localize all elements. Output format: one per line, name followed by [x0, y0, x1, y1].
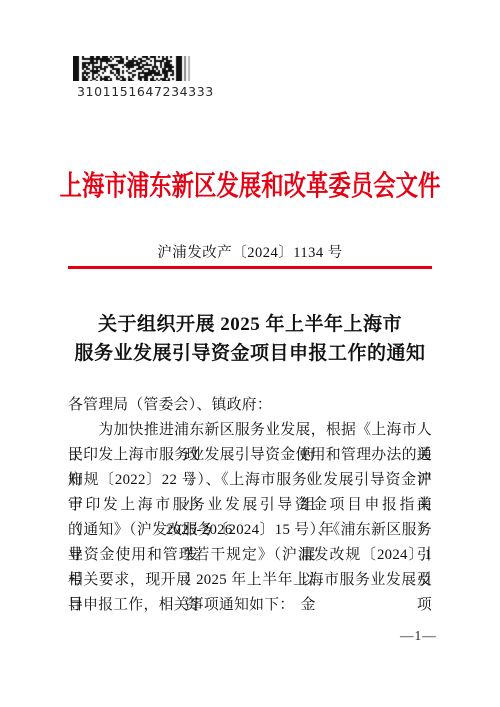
barcode-block: 3101151647234333	[73, 56, 214, 99]
notice-title-line2: 服务业发展引导资金项目申报工作的通知	[0, 339, 500, 368]
body-line: 相关要求，现开展 2025 年上半年上海市服务业发展引导资金项	[68, 568, 432, 593]
body-line: 府规〔2022〕22 号）、《上海市服务业发展引导资金评审小组关	[68, 468, 432, 493]
document-page: 3101151647234333 上海市浦东新区发展和改革委员会文件 沪浦发改产…	[0, 0, 500, 707]
body-line: 导资金使用和管理若干规定》（沪浦发改规〔2024〕1 号）以及	[68, 543, 432, 568]
page-number: —1—	[400, 628, 437, 644]
barcode-image	[73, 56, 191, 81]
notice-title: 关于组织开展 2025 年上半年上海市 服务业发展引导资金项目申报工作的通知	[0, 310, 500, 368]
agency-letterhead-title: 上海市浦东新区发展和改革委员会文件	[50, 164, 450, 204]
body-text: 各管理局（管委会）、镇政府： 为加快推进浦东新区服务业发展，根据《上海市人民政府…	[68, 393, 432, 618]
body-line: 各管理局（管委会）、镇政府：	[68, 393, 432, 418]
red-divider-rule	[68, 266, 432, 269]
body-line: 的通知》（沪发改服务〔2024〕15 号）、《浦东新区服务业发展引	[68, 518, 432, 543]
body-line: 于印发上海市服务业发展引导资金使用和管理办法的通知》（沪	[68, 443, 432, 468]
document-reference-number: 沪浦发改产〔2024〕1134 号	[0, 241, 500, 262]
body-line: 于印发上海市服务业发展引导资金项目申报指南（2025-2026 年）	[68, 493, 432, 518]
notice-title-line1: 关于组织开展 2025 年上半年上海市	[0, 310, 500, 339]
body-line: 为加快推进浦东新区服务业发展，根据《上海市人民政府关	[68, 418, 432, 443]
barcode-number: 3101151647234333	[77, 84, 214, 99]
